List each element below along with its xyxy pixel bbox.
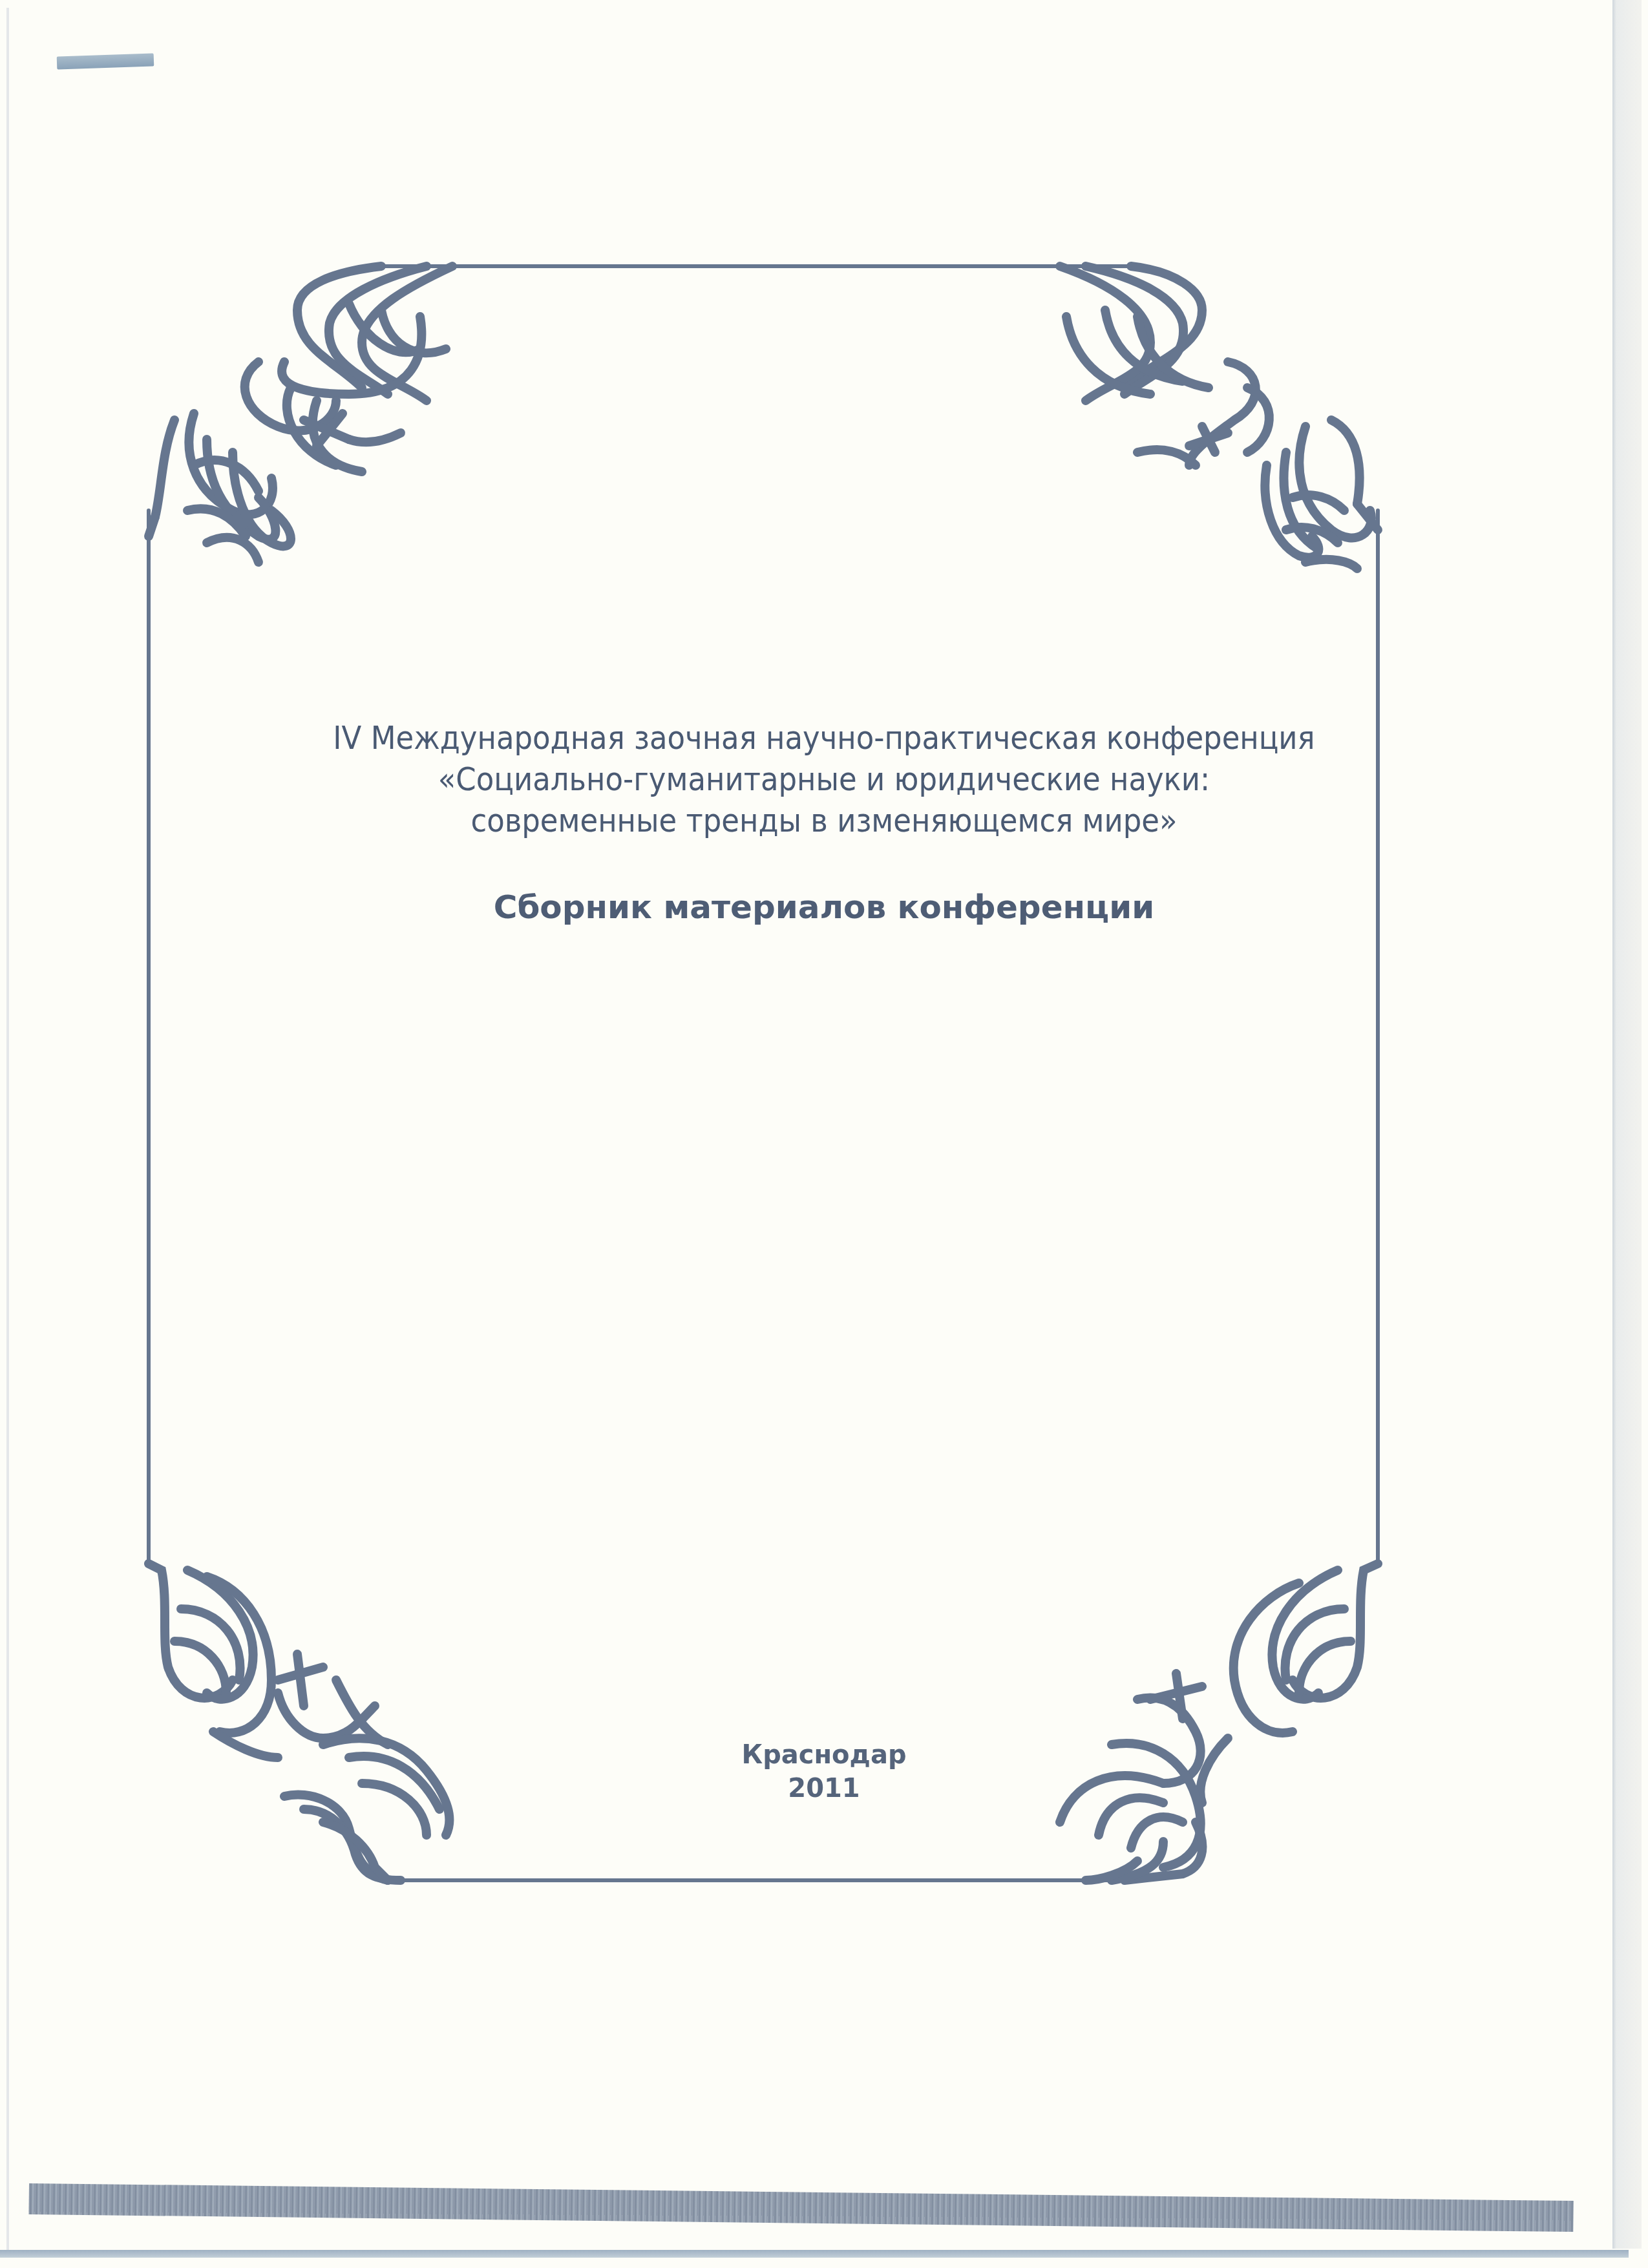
ornament-top-left-icon bbox=[149, 266, 452, 562]
imprint-block: Краснодар 2011 bbox=[0, 1738, 1648, 1805]
collection-subtitle: Сборник материалов конференции bbox=[0, 888, 1648, 926]
ornament-top-right-icon bbox=[1060, 266, 1378, 569]
publication-city: Краснодар bbox=[0, 1738, 1648, 1772]
conference-title-line-3: современные тренды в изменяющемся мире» bbox=[83, 800, 1566, 841]
ornament-bottom-right-icon bbox=[1060, 1564, 1378, 1880]
conference-title-line-2: «Социально-гуманитарные и юридические на… bbox=[83, 759, 1566, 800]
conference-title-block: IV Международная заочная научно-практиче… bbox=[0, 717, 1648, 841]
ornamental-frame bbox=[0, 0, 1648, 2268]
conference-title-line-1: IV Международная заочная научно-практиче… bbox=[83, 717, 1566, 759]
publication-year: 2011 bbox=[0, 1772, 1648, 1805]
subtitle-block: Сборник материалов конференции bbox=[0, 888, 1648, 926]
ornament-bottom-left-icon bbox=[149, 1564, 450, 1880]
